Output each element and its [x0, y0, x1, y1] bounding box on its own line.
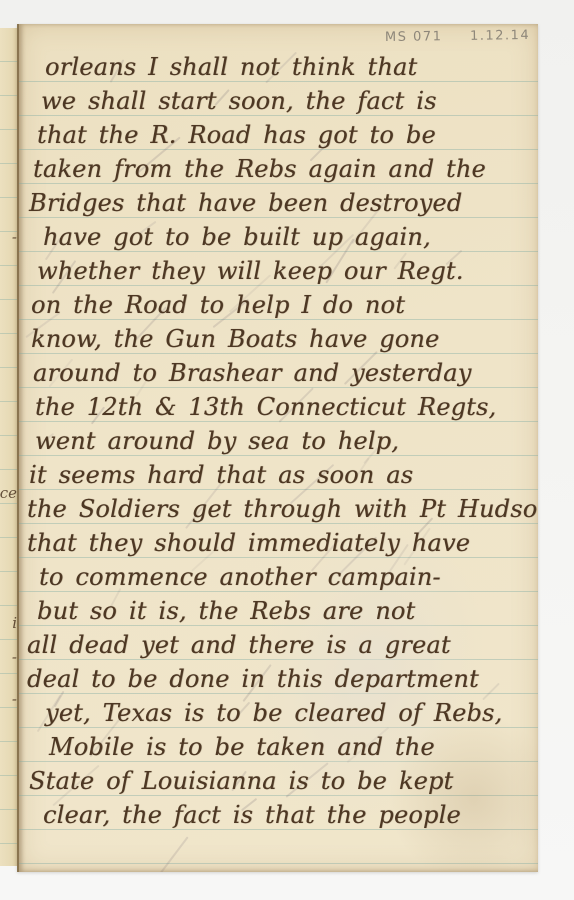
handwritten-line: we shall start soon, the fact is — [41, 84, 437, 118]
handwritten-line: Mobile is to be taken and the — [49, 730, 435, 764]
handwritten-line: orleans I shall not think that — [45, 50, 417, 84]
handwritten-line: but so it is, the Rebs are not — [37, 594, 415, 628]
annotation-date: 1.12.14 — [470, 28, 530, 44]
bleedthrough-stroke — [157, 836, 188, 872]
handwritten-line: taken from the Rebs again and the — [33, 152, 486, 186]
handwritten-line: that the R. Road has got to be — [37, 118, 436, 152]
handwritten-line: clear, the fact is that the people — [43, 798, 461, 832]
letter-page: MS 071 1.12.14 orleans I shall not think… — [17, 24, 538, 872]
handwritten-line: all dead yet and there is a great — [27, 628, 451, 662]
handwritten-line: that they should immediately have — [27, 526, 470, 560]
handwritten-line: have got to be built up again, — [43, 220, 431, 254]
handwritten-line: Bridges that have been destroyed — [29, 186, 462, 220]
handwritten-line: the 12th & 13th Connecticut Regts, — [35, 390, 496, 424]
handwritten-line: State of Louisianna is to be kept — [29, 764, 453, 798]
handwritten-line: to commence another campain- — [39, 560, 441, 594]
handwritten-line: whether they will keep our Regt. — [37, 254, 464, 288]
handwritten-line: know, the Gun Boats have gone — [31, 322, 439, 356]
handwritten-line: around to Brashear and yesterday — [33, 356, 471, 390]
handwritten-line: the Soldiers get through with Pt Hudson — [27, 492, 538, 526]
handwritten-line: on the Road to help I do not — [31, 288, 405, 322]
archival-annotation: MS 071 1.12.14 — [385, 28, 530, 45]
catalog-number: MS 071 — [385, 29, 443, 45]
handwritten-line: deal to be done in this department — [27, 662, 479, 696]
scan-background: -cei-- MS 071 1.12.14 orleans I shall no… — [0, 0, 574, 900]
adjacent-page-edge: -cei-- — [0, 28, 17, 866]
handwritten-line: it seems hard that as soon as — [29, 458, 413, 492]
handwritten-line: went around by sea to help, — [35, 424, 399, 458]
handwritten-line: yet, Texas is to be cleared of Rebs, — [45, 696, 502, 730]
adjacent-page-ink-fragment: ce — [0, 484, 17, 502]
